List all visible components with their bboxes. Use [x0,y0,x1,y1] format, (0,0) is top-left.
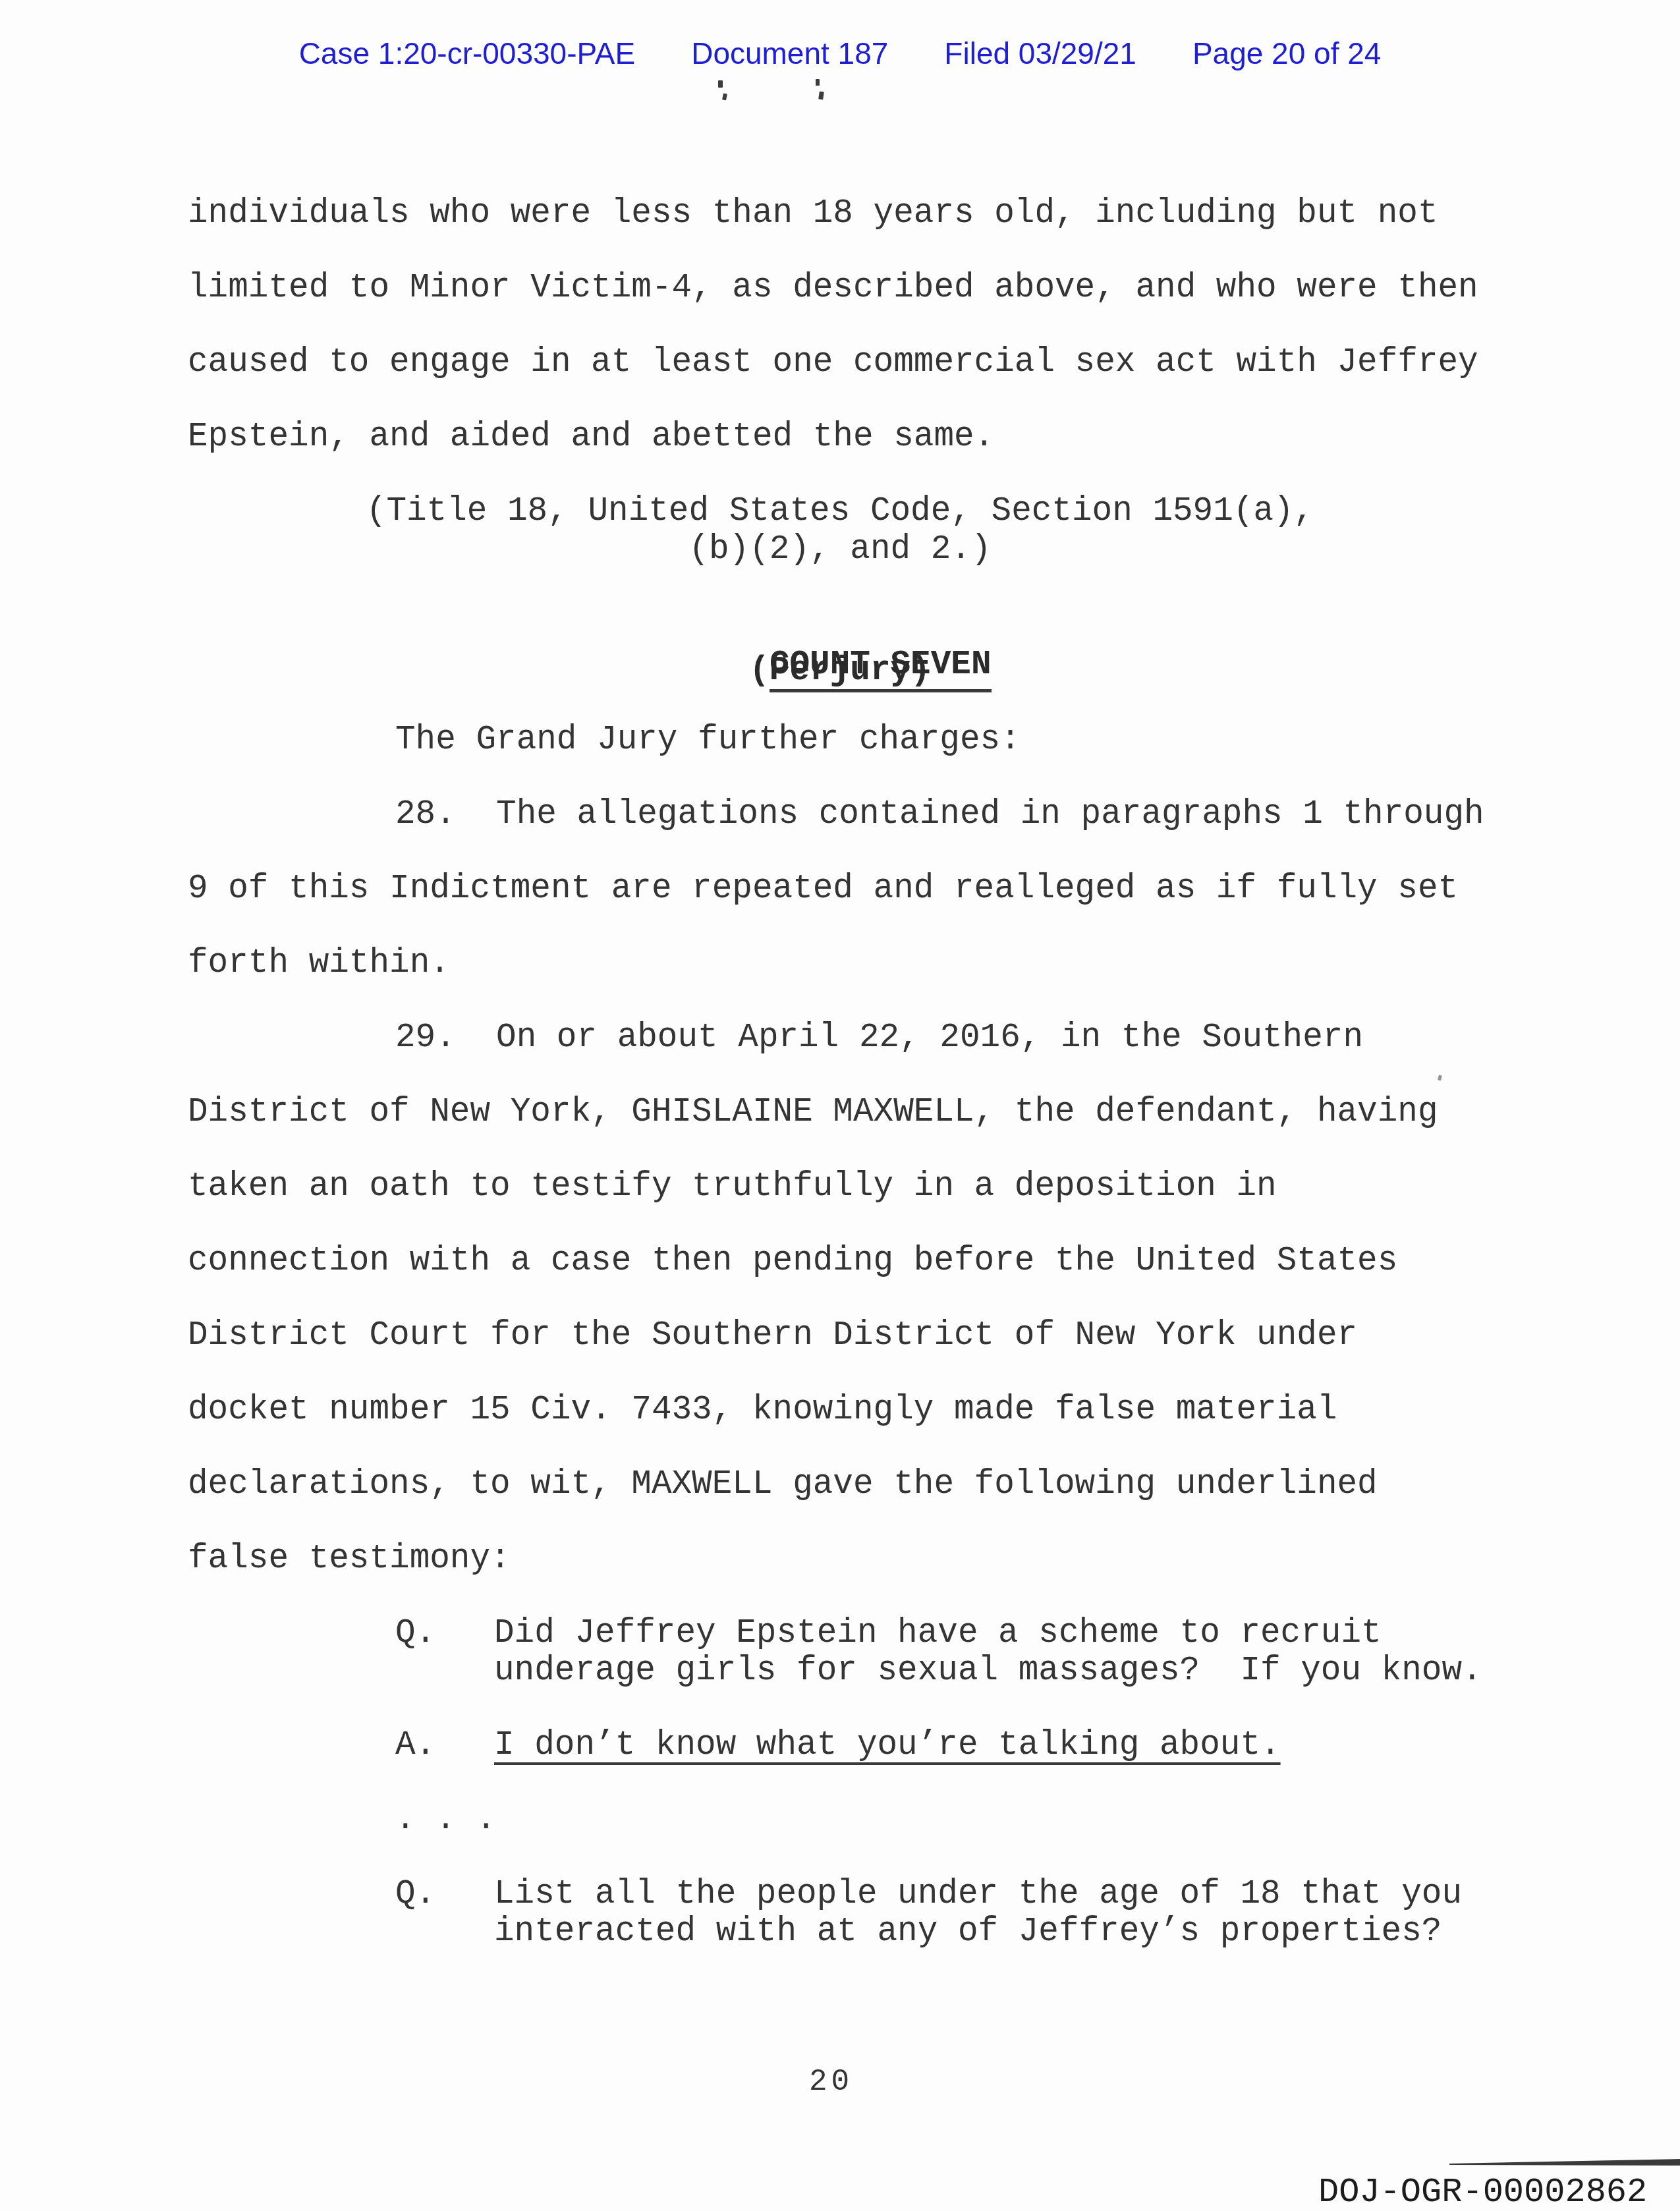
qa-question-label: Q. [395,1876,435,1915]
paragraph-29-line: false testimony: [188,1540,511,1579]
paragraph-29-line: taken an oath to testify truthfully in a… [188,1168,1277,1207]
bates-stamp: DOJ-OGR-00002862 [1318,2173,1647,2211]
statute-citation-line: (Title 18, United States Code, Section 1… [0,493,1680,532]
pacer-header-stamp: Case 1:20-cr-00330-PAE Document 187 File… [0,36,1680,71]
scan-artifact-speck [1438,1075,1442,1080]
paragraph-29-line: connection with a case then pending befo… [188,1243,1397,1281]
header-document-number: Document 187 [691,36,888,71]
paragraph-29-line: docket number 15 Civ. 7433, knowingly ma… [188,1391,1337,1430]
statute-citation-line: (b)(2), and 2.) [0,531,1680,570]
paragraph-29-line: declarations, to wit, MAXWELL gave the f… [188,1466,1378,1505]
scan-line-artifact [1449,2158,1680,2168]
qa-question-text: interacted with at any of Jeffrey’s prop… [494,1913,1442,1952]
header-filed-date: Filed 03/29/21 [944,36,1136,71]
paragraph-29-line: District of New York, GHISLAINE MAXWELL,… [188,1094,1438,1133]
body-line: Epstein, and aided and abetted the same. [188,418,994,457]
court-document-page: Case 1:20-cr-00330-PAE Document 187 File… [0,0,1680,2211]
paragraph-29-line: District Court for the Southern District… [188,1317,1357,1356]
qa-question-label: Q. [395,1615,435,1654]
page-number: 20 [809,2065,853,2099]
charges-intro-line: The Grand Jury further charges: [395,721,1021,760]
count-seven-subtitle: (Perjury) [0,652,1680,691]
scan-artifact-speck [816,79,820,86]
body-line: caused to engage in at least one commerc… [188,344,1478,383]
paragraph-28-line: forth within. [188,945,450,984]
body-line: limited to Minor Victim-4, as described … [188,269,1478,308]
scan-artifact-speck [718,80,723,88]
qa-question-text: List all the people under the age of 18 … [494,1876,1462,1915]
qa-question-text: underage girls for sexual massages? If y… [494,1652,1482,1691]
body-line: individuals who were less than 18 years … [188,195,1438,234]
scan-artifact-speck [722,93,727,100]
header-case-number: Case 1:20-cr-00330-PAE [299,36,636,71]
header-page-indicator: Page 20 of 24 [1192,36,1381,71]
paragraph-28-line: 28. The allegations contained in paragra… [395,796,1484,835]
qa-answer-text-underlined: I don’t know what you’re talking about. [494,1727,1281,1766]
paragraph-28-line: 9 of this Indictment are repeated and re… [188,870,1458,909]
qa-ellipsis: . . . [395,1801,496,1840]
qa-answer-label: A. [395,1727,435,1766]
scan-artifact-speck [818,92,824,100]
qa-question-text: Did Jeffrey Epstein have a scheme to rec… [494,1615,1382,1654]
paragraph-29-line: 29. On or about April 22, 2016, in the S… [395,1019,1363,1058]
